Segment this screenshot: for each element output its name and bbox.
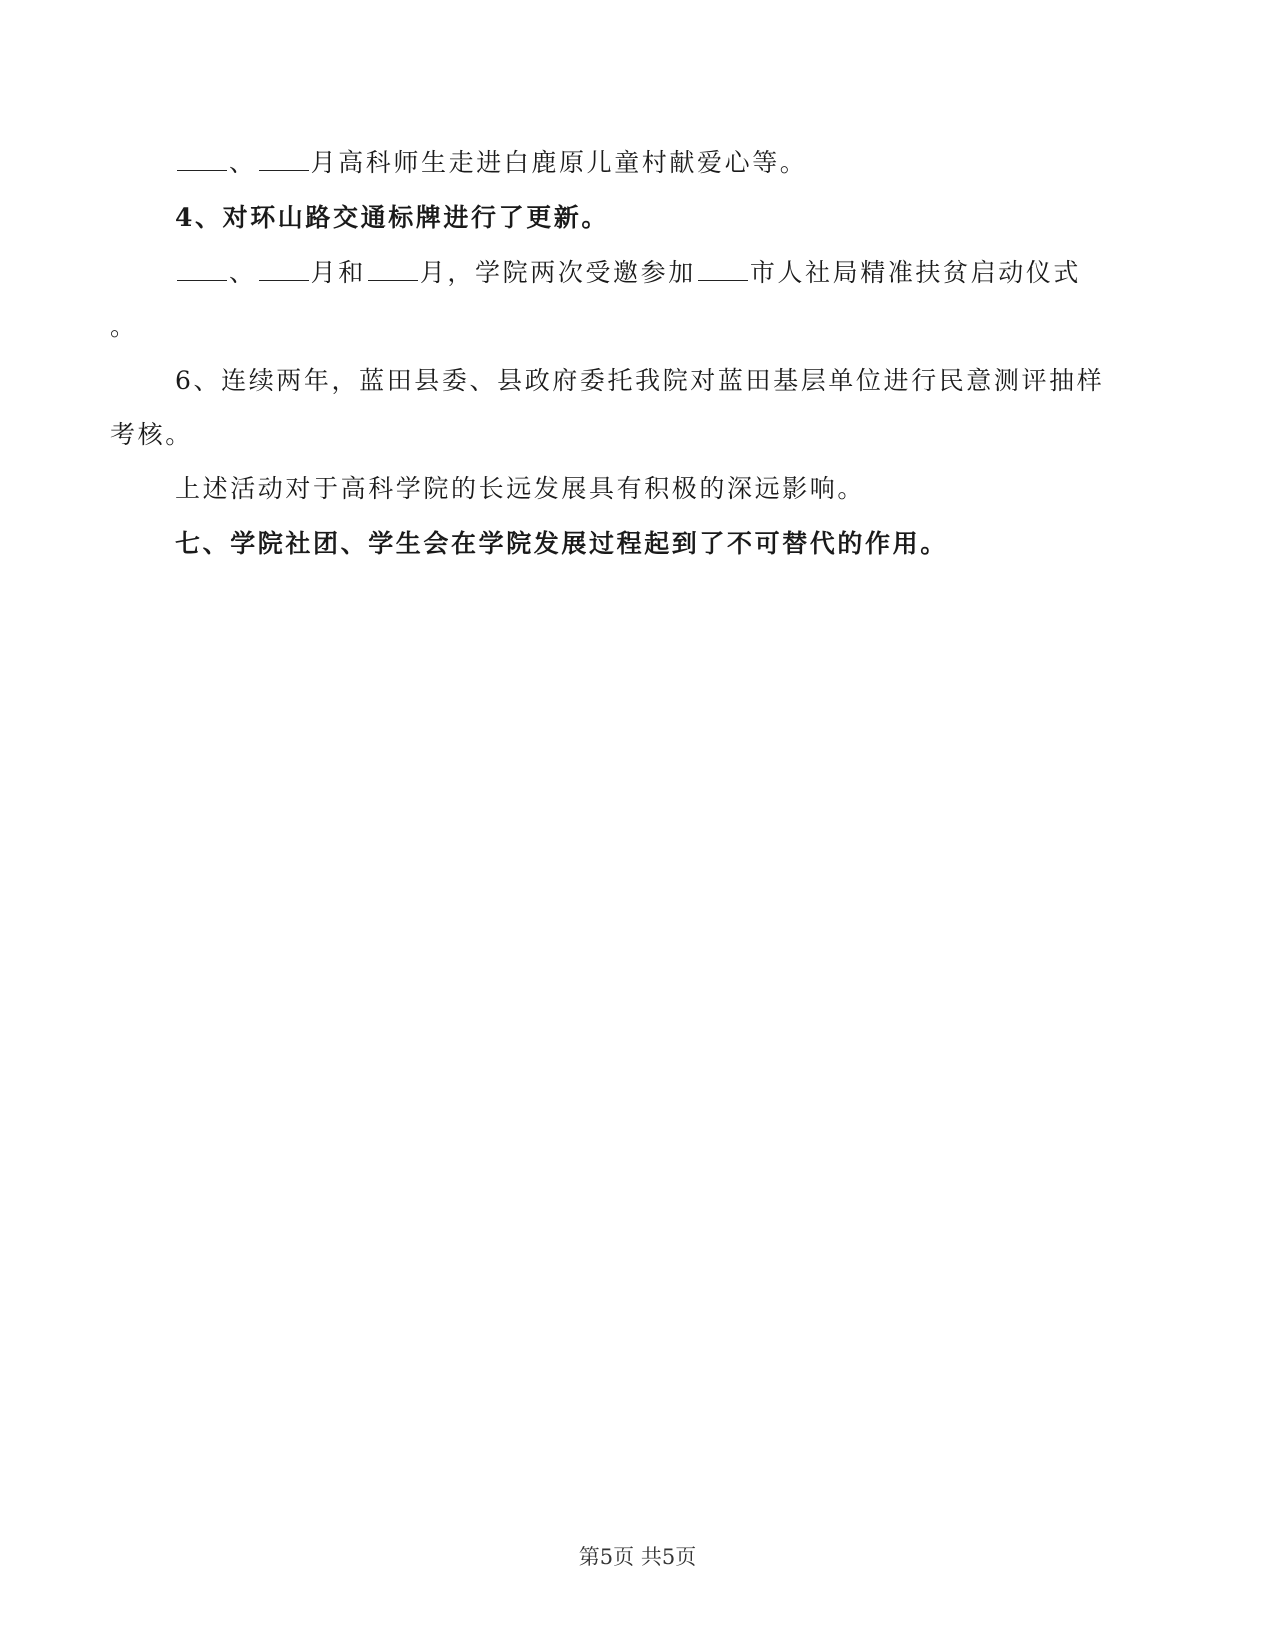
paragraph-summary: 上述活动对于高科学院的长远发展具有积极的深远影响。 bbox=[175, 474, 865, 504]
blank-field bbox=[259, 258, 309, 281]
paragraph-activity-children-village: 、月高科师生走进白鹿原儿童村献爱心等。 bbox=[175, 148, 807, 178]
paragraph-continuation: 。 bbox=[110, 312, 138, 342]
paragraph-poverty-alleviation: 、月和月，学院两次受邀参加市人社局精准扶贫启动仪式 bbox=[175, 258, 1081, 288]
blank-field bbox=[698, 258, 748, 281]
paragraph-text: 月高科师生走进白鹿原儿童村献爱心等。 bbox=[311, 148, 808, 177]
blank-field bbox=[368, 258, 418, 281]
blank-field bbox=[259, 148, 309, 171]
blank-field bbox=[177, 258, 227, 281]
paragraph-item-6-continuation: 考核。 bbox=[110, 420, 193, 450]
heading-section-7: 七、学院社团、学生会在学院发展过程起到了不可替代的作用。 bbox=[175, 529, 948, 559]
heading-item-4: 4、对环山路交通标牌进行了更新。 bbox=[175, 203, 609, 233]
page-number-footer: 第5页 共5页 bbox=[0, 1541, 1275, 1571]
blank-field bbox=[177, 148, 227, 171]
paragraph-item-6: 6、连续两年，蓝田县委、县政府委托我院对蓝田基层单位进行民意测评抽样 bbox=[175, 366, 1104, 396]
